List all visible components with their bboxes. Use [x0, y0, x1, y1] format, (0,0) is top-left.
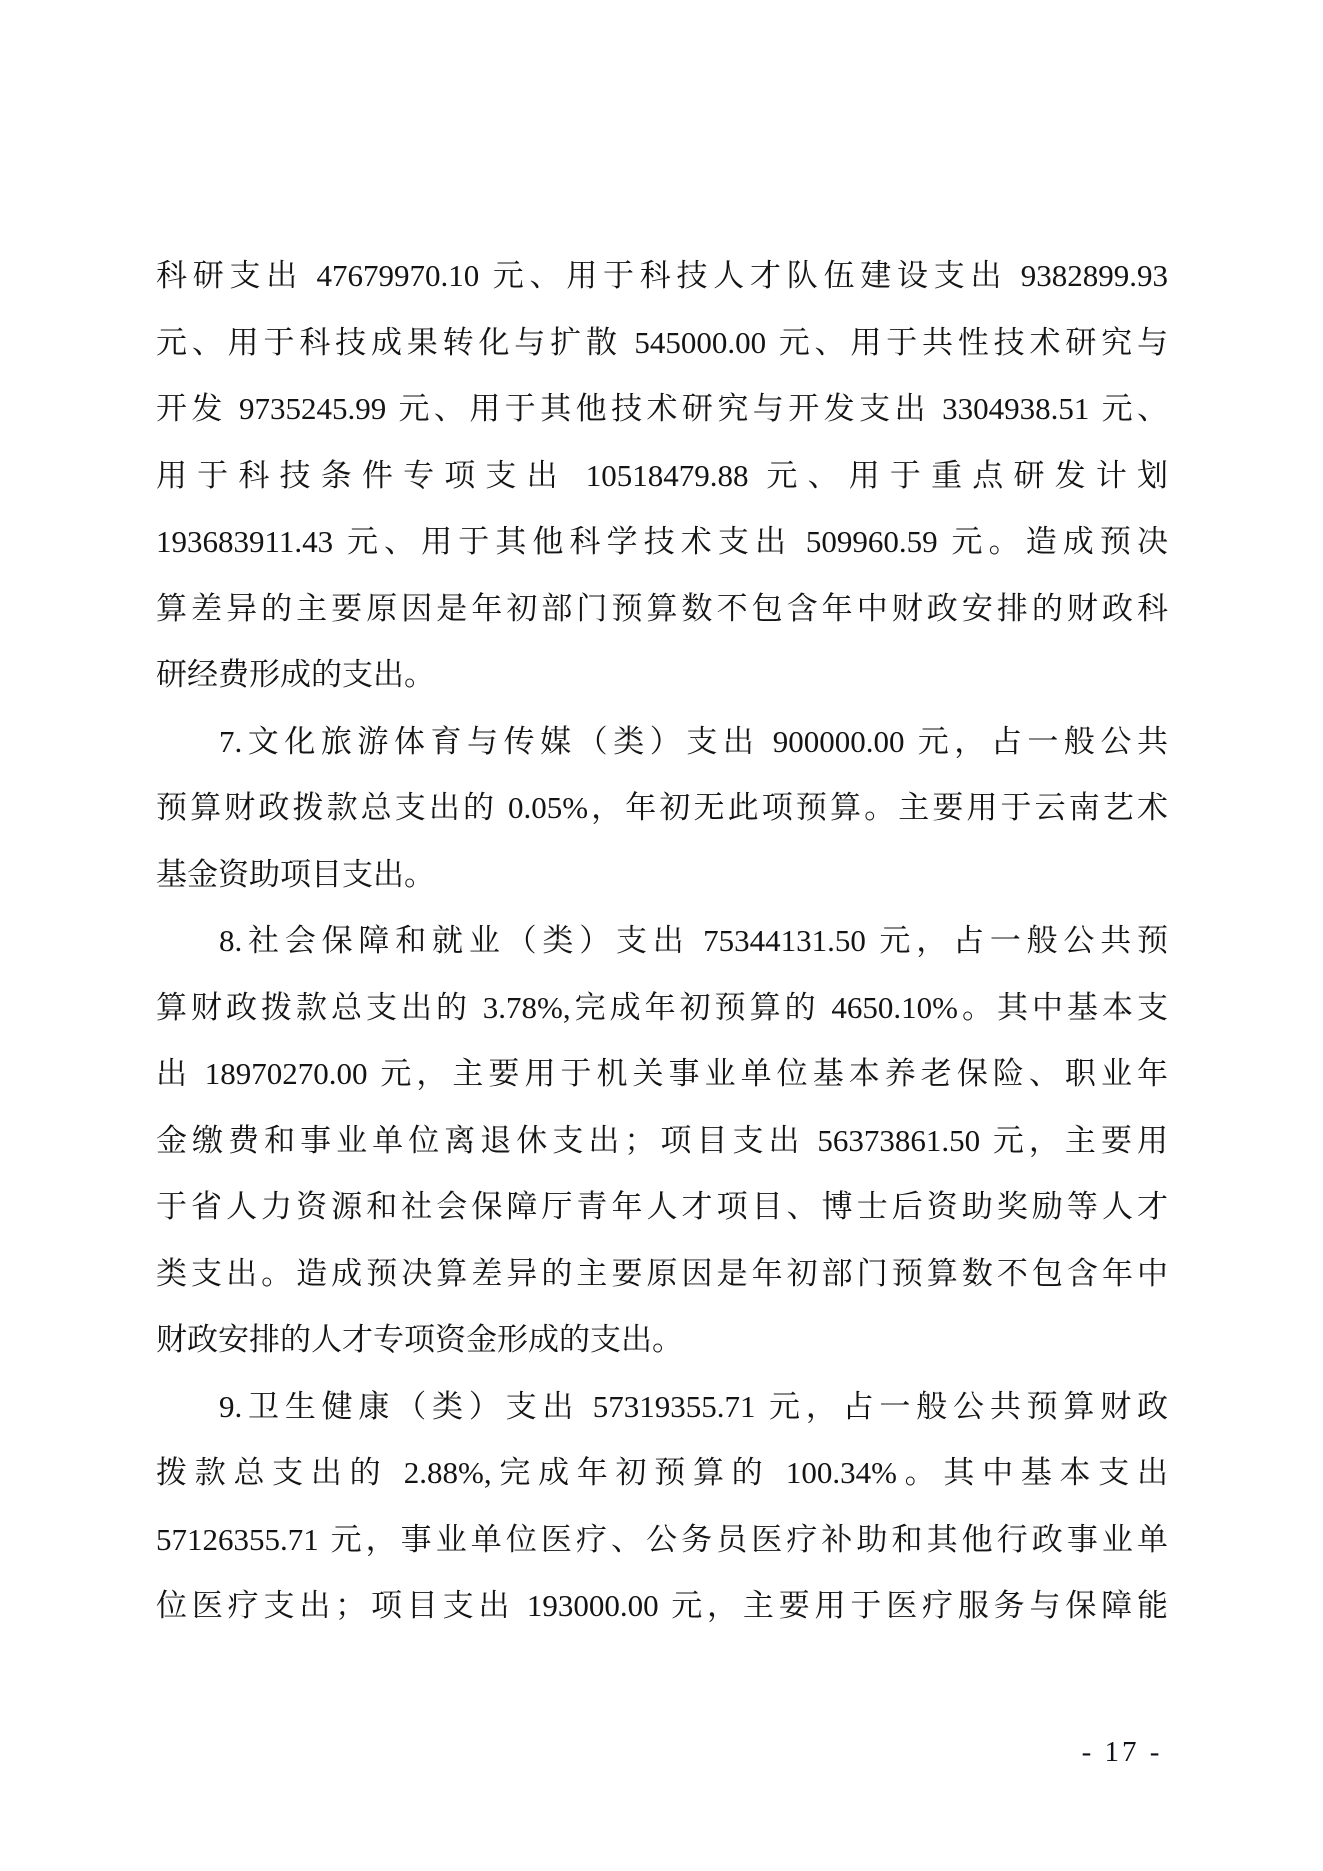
text-line: 算财政拨款总支出的 3.78%,完成年初预算的 4650.10%。其中基本支 — [156, 975, 1168, 1042]
text-line: 基金资助项目支出。 — [156, 842, 1168, 909]
text-line: 8.社会保障和就业（类）支出 75344131.50 元，占一般公共预 — [156, 908, 1168, 975]
text-line: 元、用于科技成果转化与扩散 545000.00 元、用于共性技术研究与 — [156, 310, 1168, 377]
text-line: 位医疗支出；项目支出 193000.00 元，主要用于医疗服务与保障能 — [156, 1573, 1168, 1640]
text-line: 类支出。造成预决算差异的主要原因是年初部门预算数不包含年中 — [156, 1241, 1168, 1308]
paragraph-item-7-culture-tourism: 7.文化旅游体育与传媒（类）支出 900000.00 元，占一般公共 预算财政拨… — [156, 709, 1168, 909]
page-number: - 17 - — [1062, 1736, 1182, 1769]
text-line: 57126355.71 元，事业单位医疗、公务员医疗补助和其他行政事业单 — [156, 1507, 1168, 1574]
paragraph-item-8-social-security: 8.社会保障和就业（类）支出 75344131.50 元，占一般公共预 算财政拨… — [156, 908, 1168, 1374]
text-line: 预算财政拨款总支出的 0.05%，年初无此项预算。主要用于云南艺术 — [156, 775, 1168, 842]
text-line: 拨款总支出的 2.88%,完成年初预算的 100.34%。其中基本支出 — [156, 1440, 1168, 1507]
text-line: 用于科技条件专项支出 10518479.88 元、用于重点研发计划 — [156, 443, 1168, 510]
text-line: 9.卫生健康（类）支出 57319355.71 元，占一般公共预算财政 — [156, 1374, 1168, 1441]
text-line: 财政安排的人才专项资金形成的支出。 — [156, 1307, 1168, 1374]
text-line: 科研支出 47679970.10 元、用于科技人才队伍建设支出 9382899.… — [156, 243, 1168, 310]
paragraph-science-continuation: 科研支出 47679970.10 元、用于科技人才队伍建设支出 9382899.… — [156, 243, 1168, 709]
text-line: 193683911.43 元、用于其他科学技术支出 509960.59 元。造成… — [156, 509, 1168, 576]
text-line: 于省人力资源和社会保障厅青年人才项目、博士后资助奖励等人才 — [156, 1174, 1168, 1241]
document-page: 科研支出 47679970.10 元、用于科技人才队伍建设支出 9382899.… — [0, 0, 1323, 1871]
text-line: 出 18970270.00 元，主要用于机关事业单位基本养老保险、职业年 — [156, 1041, 1168, 1108]
text-line: 研经费形成的支出。 — [156, 642, 1168, 709]
text-line: 7.文化旅游体育与传媒（类）支出 900000.00 元，占一般公共 — [156, 709, 1168, 776]
text-line: 算差异的主要原因是年初部门预算数不包含年中财政安排的财政科 — [156, 576, 1168, 643]
document-body: 科研支出 47679970.10 元、用于科技人才队伍建设支出 9382899.… — [156, 243, 1168, 1640]
text-line: 开发 9735245.99 元、用于其他技术研究与开发支出 3304938.51… — [156, 376, 1168, 443]
paragraph-item-9-health: 9.卫生健康（类）支出 57319355.71 元，占一般公共预算财政 拨款总支… — [156, 1374, 1168, 1640]
text-line: 金缴费和事业单位离退休支出；项目支出 56373861.50 元，主要用 — [156, 1108, 1168, 1175]
